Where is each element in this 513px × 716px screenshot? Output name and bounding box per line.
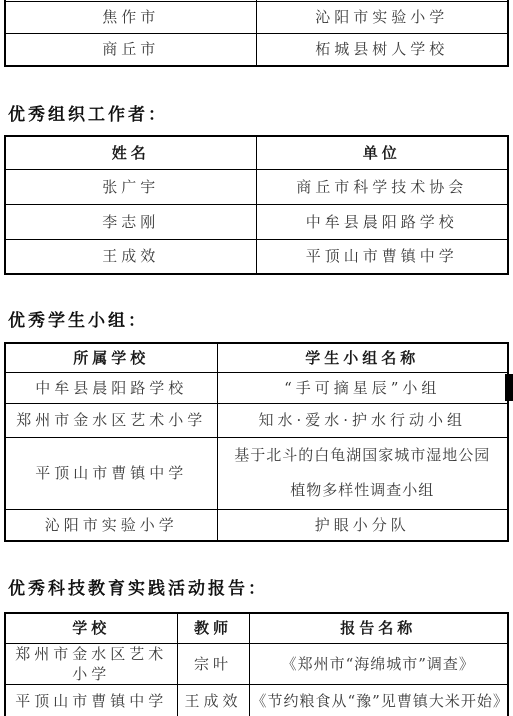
table-cell: 平顶山市曹镇中学 [5,437,217,509]
table-cell: 《郑州市“海绵城市”调查》 [249,643,508,684]
table-cell: 柘城县树人学校 [256,33,508,66]
table-cell: 中牟县晨阳路学校 [256,204,508,239]
table-cell: 中牟县晨阳路学校 [5,372,217,403]
table-row: 商丘市 柘城县树人学校 [5,33,508,66]
table-cell: 张广宇 [5,169,256,204]
table-cell: 焦作市 [5,1,256,33]
section-heading-student-groups: 优秀学生小组： [8,311,148,331]
city-school-table: 焦作市 沁阳市实验小学 商丘市 柘城县树人学校 [4,0,509,67]
table-row: 王成效 平顶山市曹镇中学 [5,239,508,274]
table-row: 平顶山市曹镇中学 基于北斗的白龟湖国家城市湿地公园 植物多样性调查小组 [5,437,508,509]
organizers-table: 姓名 单位 张广宇 商丘市科学技术协会 李志刚 中牟县晨阳路学校 王成效 平顶山… [4,135,509,275]
table-cell: 沁阳市实验小学 [5,509,217,541]
activity-reports-table: 学校 教师 报告名称 郑州市金水区艺术小学 宗叶 《郑州市“海绵城市”调查》 平… [4,612,509,716]
table-header-row: 学校 教师 报告名称 [5,613,508,643]
table-header-row: 所属学校 学生小组名称 [5,343,508,372]
table-header-row: 姓名 单位 [5,136,508,169]
table-cell: 王成效 [177,684,249,716]
table-row: 张广宇 商丘市科学技术协会 [5,169,508,204]
table-cell: 知水·爱水·护水行动小组 [217,403,508,437]
table-cell: 基于北斗的白龟湖国家城市湿地公园 植物多样性调查小组 [217,437,508,509]
table-cell: 《节约粮食从“豫”见曹镇大米开始》 [249,684,508,716]
table-cell: 商丘市科学技术协会 [256,169,508,204]
edge-black-mark [505,374,513,401]
column-header: 教师 [177,613,249,643]
column-header: 姓名 [5,136,256,169]
table-row: 郑州市金水区艺术小学 宗叶 《郑州市“海绵城市”调查》 [5,643,508,684]
table-cell: 平顶山市曹镇中学 [5,684,177,716]
table-cell: 郑州市金水区艺术小学 [5,643,177,684]
table-cell: 李志刚 [5,204,256,239]
table-cell: 护眼小分队 [217,509,508,541]
table-row: 焦作市 沁阳市实验小学 [5,1,508,33]
column-header: 单位 [256,136,508,169]
table-row: 中牟县晨阳路学校 “手可摘星辰”小组 [5,372,508,403]
section-heading-organizers: 优秀组织工作者： [8,105,168,125]
clipped-city-school-table-wrap: 焦作市 沁阳市实验小学 商丘市 柘城县树人学校 [0,0,513,70]
table-row: 李志刚 中牟县晨阳路学校 [5,204,508,239]
table-cell: 商丘市 [5,33,256,66]
table-cell: 王成效 [5,239,256,274]
table-cell: 宗叶 [177,643,249,684]
table-cell: “手可摘星辰”小组 [217,372,508,403]
column-header: 学生小组名称 [217,343,508,372]
table-cell: 平顶山市曹镇中学 [256,239,508,274]
table-cell: 郑州市金水区艺术小学 [5,403,217,437]
column-header: 所属学校 [5,343,217,372]
student-groups-table: 所属学校 学生小组名称 中牟县晨阳路学校 “手可摘星辰”小组 郑州市金水区艺术小… [4,342,509,542]
column-header: 学校 [5,613,177,643]
table-row: 郑州市金水区艺术小学 知水·爱水·护水行动小组 [5,403,508,437]
table-row: 平顶山市曹镇中学 王成效 《节约粮食从“豫”见曹镇大米开始》 [5,684,508,716]
section-heading-activity-reports: 优秀科技教育实践活动报告： [8,579,268,599]
table-cell: 沁阳市实验小学 [256,1,508,33]
column-header: 报告名称 [249,613,508,643]
table-row: 沁阳市实验小学 护眼小分队 [5,509,508,541]
